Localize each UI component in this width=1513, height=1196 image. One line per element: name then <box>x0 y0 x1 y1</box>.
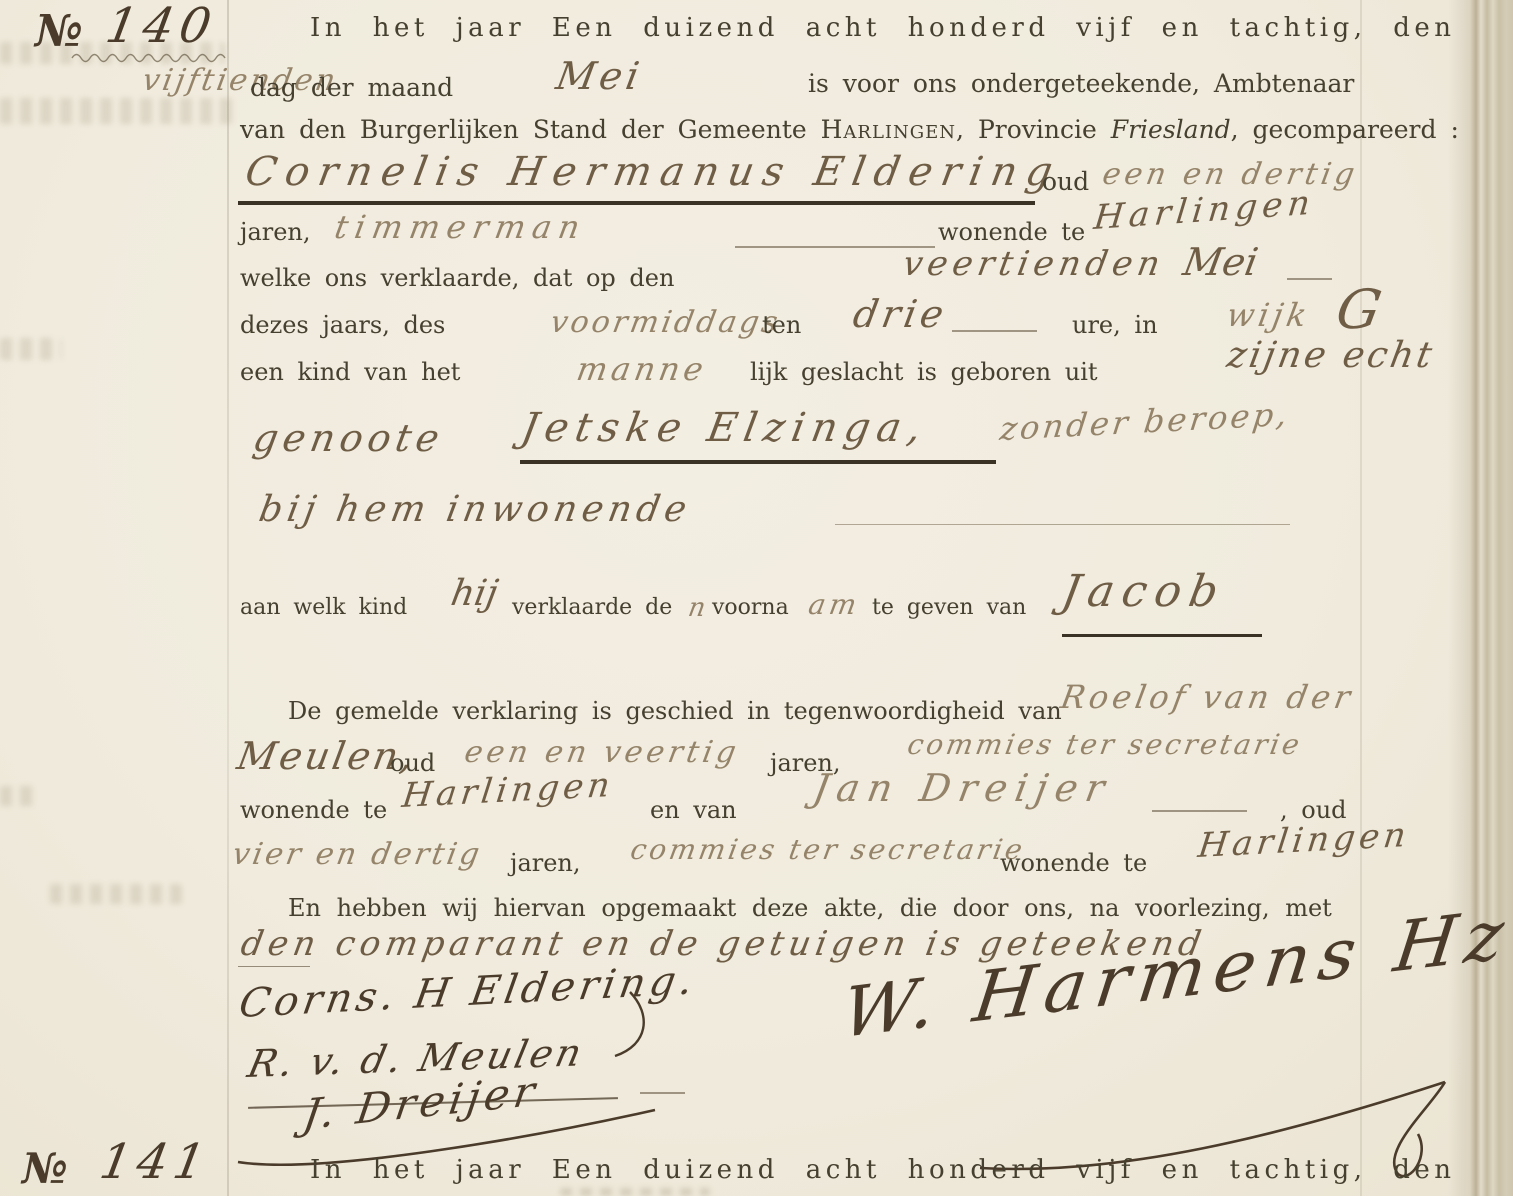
act-number-value: 141 <box>96 1136 215 1189</box>
underline-declarant <box>238 201 1035 205</box>
printed-text: , gecompareerd : <box>1231 115 1459 144</box>
printed-text: dag der maand <box>250 74 453 102</box>
printed-text: wonende te <box>938 219 1085 245</box>
handwritten-wijk-letter: G <box>1332 280 1386 339</box>
opening-line: In het jaar Een duizend acht honderd vij… <box>310 14 1456 43</box>
left-fold-crease <box>227 0 229 1196</box>
handwritten-wijk: wijk <box>1224 298 1313 333</box>
underline-child-name <box>1062 634 1262 637</box>
act-number-value: 140 <box>102 0 221 53</box>
bleedthrough-text <box>0 786 40 806</box>
printed-text: verklaarde de <box>512 596 672 620</box>
handwritten-letters: am <box>806 590 863 621</box>
bleedthrough-text <box>560 1188 710 1196</box>
act-number-label: № <box>35 8 83 56</box>
handwritten-birth-day: veertienden <box>900 246 1168 283</box>
printed-text: ten <box>762 312 801 338</box>
bleedthrough-text <box>0 98 232 124</box>
municipality-name: Harlingen <box>821 115 956 144</box>
handwritten-witness1-residence: Harlingen <box>400 767 616 815</box>
handwritten-mother-occupation: zonder beroep, <box>998 397 1292 447</box>
filler-dash <box>1287 278 1332 280</box>
handwritten-witness1-name: Roelof van der <box>1058 680 1357 715</box>
printed-text: te geven van <box>872 596 1026 620</box>
handwritten-daypart: voormiddags <box>548 306 783 339</box>
handwritten-month: Mei <box>553 56 646 98</box>
birth-record-page: № 140 In het jaar Een duizend acht honde… <box>0 0 1513 1196</box>
filler-dash <box>1152 810 1247 812</box>
handwritten-birth-month: Mei <box>1180 242 1261 284</box>
printed-text: oud <box>1042 168 1089 196</box>
printed-text: ure, in <box>1072 312 1158 338</box>
handwritten-witness1-age: een en veertig <box>462 736 742 769</box>
printed-text: De gemelde verklaring is geschied in teg… <box>288 698 1062 724</box>
printed-text: oud <box>390 750 435 776</box>
handwritten-mother-name: Jetske Elzinga, <box>518 406 931 450</box>
handwritten-residence: Harlingen <box>1092 185 1317 238</box>
printed-text: jaren, <box>510 850 581 876</box>
handwritten-letter: n <box>686 594 708 623</box>
bleedthrough-text <box>0 338 62 360</box>
act-number-label: № <box>22 1146 68 1192</box>
printed-text: lijk geslacht is geboren uit <box>750 359 1098 385</box>
handwritten-witness2-residence: Harlingen <box>1196 817 1412 865</box>
handwritten-declarant-name: Cornelis Hermanus Eldering <box>242 150 1065 194</box>
right-fold-crease <box>1360 0 1362 1196</box>
printed-text: van den Burgerlijken Stand der Gemeente … <box>240 116 1459 144</box>
printed-text: welke ons verklaarde, dat op den <box>240 265 674 291</box>
handwritten-text: genoote <box>250 418 447 460</box>
filler-dash <box>952 330 1037 332</box>
handwritten-text: zijne echt <box>1224 336 1438 376</box>
handwritten-occupation: timmerman <box>332 210 589 245</box>
filler-rule <box>835 524 1290 525</box>
province-name: Friesland <box>1111 115 1231 144</box>
printed-text: en van <box>650 797 737 823</box>
handwritten-witness2-occupation: commies ter secretarie <box>628 835 1027 866</box>
printed-text: wonende te <box>1000 850 1147 876</box>
printed-text: een kind van het <box>240 359 460 385</box>
printed-text: , Provincie <box>956 115 1111 144</box>
printed-text: voorna <box>712 596 789 620</box>
underline-mother-name <box>520 460 996 464</box>
handwritten-witness2-name: Jan Dreijer <box>810 768 1116 810</box>
handwritten-witness2-age: vier en dertig <box>230 838 485 871</box>
printed-text: jaren, <box>240 219 311 245</box>
printed-text: En hebben wij hiervan opgemaakt deze akt… <box>288 895 1332 921</box>
handwritten-pronoun: hij <box>448 574 501 614</box>
handwritten-age: een en dertig <box>1100 158 1361 191</box>
underline-flourish <box>238 966 310 967</box>
book-page-edge <box>1448 0 1513 1196</box>
printed-text: dezes jaars, des <box>240 312 445 338</box>
filler-dash <box>735 246 935 248</box>
handwritten-witness1-occupation: commies ter secretarie <box>905 730 1304 761</box>
handwritten-child-name: Jacob <box>1058 568 1230 616</box>
bleedthrough-text <box>50 884 182 904</box>
printed-text: wonende te <box>240 797 387 823</box>
printed-text: van den Burgerlijken Stand der Gemeente <box>240 115 821 144</box>
printed-text: is voor ons ondergeteekende, Ambtenaar <box>808 70 1354 98</box>
handwritten-gender: manne <box>574 352 710 387</box>
printed-text: aan welk kind <box>240 596 407 620</box>
handwritten-text: bij hem inwonende <box>256 490 694 530</box>
filler-dash <box>640 1092 685 1094</box>
handwritten-hour: drie <box>850 294 951 336</box>
opening-line: In het jaar Een duizend acht honderd vij… <box>310 1156 1456 1185</box>
